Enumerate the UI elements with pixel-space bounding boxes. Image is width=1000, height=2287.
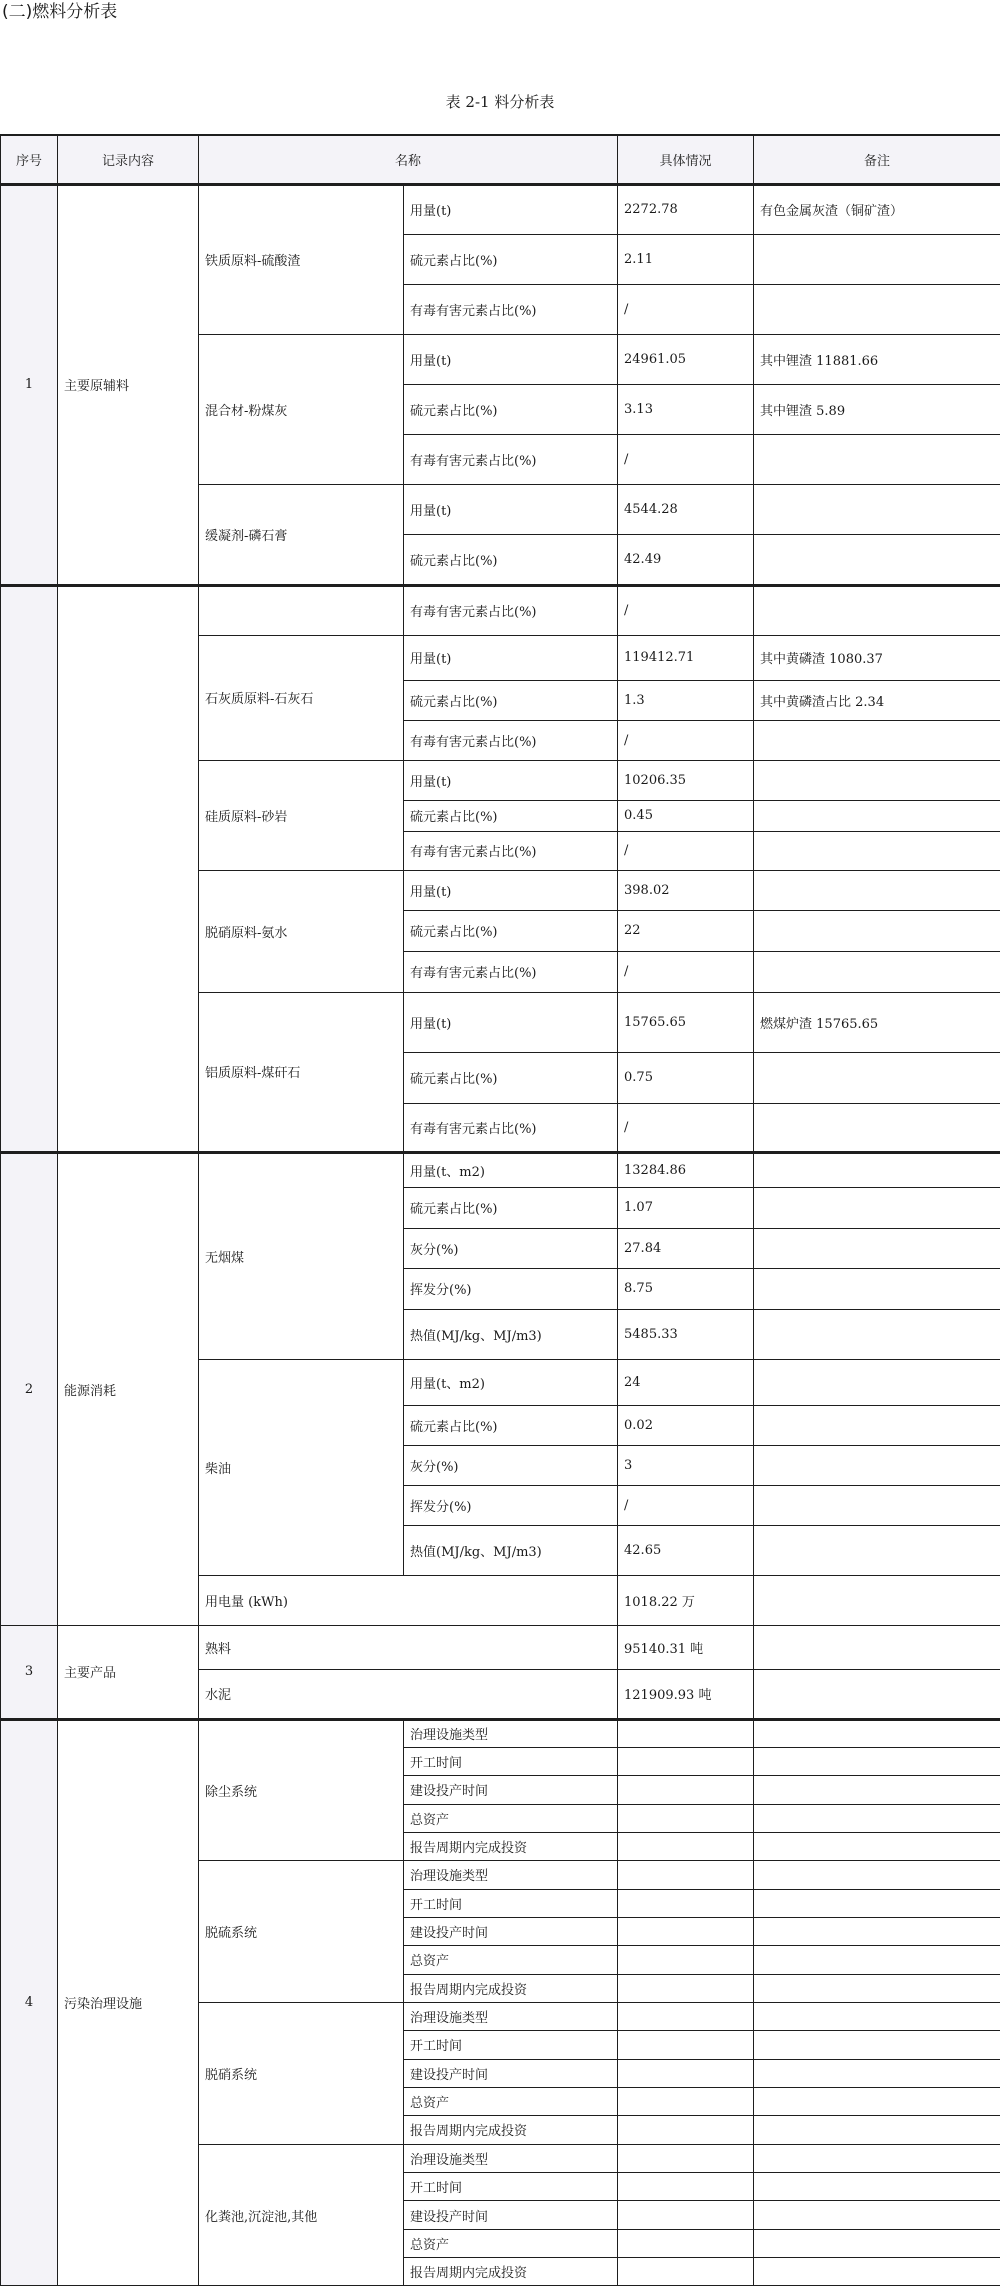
note-cell xyxy=(754,1228,1000,1268)
item-cell: 有毒有害元素占比(%) xyxy=(404,720,618,760)
item-cell: 报告周期内完成投资 xyxy=(404,2258,618,2286)
note-cell: 其中黄磷渣占比 2.34 xyxy=(754,680,1000,720)
note-cell xyxy=(754,1152,1000,1187)
item-cell: 建设投产时间 xyxy=(404,2201,618,2229)
group-name-cell: 脱硝系统 xyxy=(199,2002,404,2144)
item-cell: 挥发分(%) xyxy=(404,1485,618,1525)
header-row: 序号 记录内容 名称 具体情况 备注 xyxy=(1,135,1000,184)
item-cell: 有毒有害元素占比(%) xyxy=(404,1103,618,1152)
value-cell: 95140.31 吨 xyxy=(618,1625,754,1669)
value-cell: 13284.86 xyxy=(618,1152,754,1187)
item-cell: 开工时间 xyxy=(404,2031,618,2059)
note-cell xyxy=(754,831,1000,870)
item-cell: 灰分(%) xyxy=(404,1445,618,1485)
item-cell: 硫元素占比(%) xyxy=(404,384,618,434)
value-cell xyxy=(618,1747,754,1775)
group-name-cell: 缓凝剂-磷石膏 xyxy=(199,484,404,585)
value-cell xyxy=(618,1861,754,1889)
value-cell: 0.75 xyxy=(618,1052,754,1103)
group-name-cell: 铁质原料-硫酸渣 xyxy=(199,184,404,334)
value-cell xyxy=(618,2144,754,2172)
group-name-cell: 硅质原料-砂岩 xyxy=(199,760,404,870)
item-cell: 开工时间 xyxy=(404,2173,618,2201)
item-cell: 有毒有害元素占比(%) xyxy=(404,831,618,870)
item-cell: 硫元素占比(%) xyxy=(404,1187,618,1228)
seq-cell: 3 xyxy=(1,1625,58,1719)
value-cell: 1.3 xyxy=(618,680,754,720)
value-cell xyxy=(618,1719,754,1747)
item-cell: 用量(t) xyxy=(404,870,618,910)
note-cell xyxy=(754,1625,1000,1669)
note-cell xyxy=(754,2116,1000,2144)
note-cell xyxy=(754,1445,1000,1485)
header-note: 备注 xyxy=(754,135,1000,184)
group-name-cell: 石灰质原料-石灰石 xyxy=(199,635,404,760)
merged-name-cell: 熟料 xyxy=(199,1625,618,1669)
table-row: 3 主要产品 熟料 95140.31 吨 xyxy=(1,1625,1000,1669)
header-name: 名称 xyxy=(199,135,618,184)
item-cell: 硫元素占比(%) xyxy=(404,800,618,831)
value-cell: / xyxy=(618,434,754,484)
value-cell: 0.45 xyxy=(618,800,754,831)
item-cell: 用量(t) xyxy=(404,992,618,1052)
note-cell xyxy=(754,585,1000,635)
group-name-cell: 化粪池,沉淀池,其他 xyxy=(199,2144,404,2286)
value-cell: / xyxy=(618,951,754,992)
note-cell xyxy=(754,234,1000,284)
value-cell xyxy=(618,1889,754,1917)
note-cell xyxy=(754,1309,1000,1359)
item-cell: 灰分(%) xyxy=(404,1228,618,1268)
item-cell: 开工时间 xyxy=(404,1747,618,1775)
item-cell: 硫元素占比(%) xyxy=(404,1405,618,1445)
note-cell xyxy=(754,1187,1000,1228)
seq-cell: 1 xyxy=(1,184,58,585)
seq-cell: 4 xyxy=(1,1719,58,2286)
seq-cell xyxy=(1,585,58,1152)
group-name-cell: 混合材-粉煤灰 xyxy=(199,334,404,484)
note-cell xyxy=(754,1669,1000,1719)
table-row: 4污染治理设施除尘系统治理设施类型 xyxy=(1,1719,1000,1747)
value-cell: 42.65 xyxy=(618,1525,754,1575)
note-cell xyxy=(754,484,1000,534)
value-cell xyxy=(618,1974,754,2002)
value-cell: 3 xyxy=(618,1445,754,1485)
value-cell xyxy=(618,2087,754,2115)
item-cell: 建设投产时间 xyxy=(404,2059,618,2087)
item-cell: 用量(t、m2) xyxy=(404,1152,618,1187)
category-cell: 主要原辅料 xyxy=(58,184,199,585)
note-cell xyxy=(754,2201,1000,2229)
table-row: 有毒有害元素占比(%) / xyxy=(1,585,1000,635)
group-name-cell xyxy=(199,585,404,635)
value-cell xyxy=(618,2116,754,2144)
item-cell: 硫元素占比(%) xyxy=(404,680,618,720)
item-cell: 有毒有害元素占比(%) xyxy=(404,951,618,992)
header-record: 记录内容 xyxy=(58,135,199,184)
value-cell: 4544.28 xyxy=(618,484,754,534)
item-cell: 总资产 xyxy=(404,1804,618,1832)
value-cell: 10206.35 xyxy=(618,760,754,800)
item-cell: 报告周期内完成投资 xyxy=(404,2116,618,2144)
value-cell: 119412.71 xyxy=(618,635,754,680)
item-cell: 总资产 xyxy=(404,1946,618,1974)
item-cell: 用量(t) xyxy=(404,635,618,680)
value-cell: / xyxy=(618,585,754,635)
note-cell xyxy=(754,910,1000,951)
table-row: 1 主要原辅料 铁质原料-硫酸渣 用量(t) 2272.78 有色金属灰渣（铜矿… xyxy=(1,184,1000,234)
item-cell: 报告周期内完成投资 xyxy=(404,1974,618,2002)
value-cell: 24961.05 xyxy=(618,334,754,384)
note-cell: 有色金属灰渣（铜矿渣） xyxy=(754,184,1000,234)
value-cell: 5485.33 xyxy=(618,1309,754,1359)
item-cell: 热值(MJ/kg、MJ/m3) xyxy=(404,1309,618,1359)
group-name-cell: 柴油 xyxy=(199,1359,404,1575)
item-cell: 硫元素占比(%) xyxy=(404,234,618,284)
value-cell: 3.13 xyxy=(618,384,754,434)
value-cell: 27.84 xyxy=(618,1228,754,1268)
value-cell: / xyxy=(618,831,754,870)
group-name-cell: 无烟煤 xyxy=(199,1152,404,1359)
category-cell: 能源消耗 xyxy=(58,1152,199,1625)
note-cell xyxy=(754,1575,1000,1625)
value-cell: 2272.78 xyxy=(618,184,754,234)
item-cell: 用量(t) xyxy=(404,760,618,800)
item-cell: 硫元素占比(%) xyxy=(404,1052,618,1103)
note-cell xyxy=(754,800,1000,831)
item-cell: 报告周期内完成投资 xyxy=(404,1832,618,1860)
value-cell: 2.11 xyxy=(618,234,754,284)
note-cell xyxy=(754,1052,1000,1103)
note-cell xyxy=(754,1485,1000,1525)
note-cell xyxy=(754,2059,1000,2087)
note-cell xyxy=(754,951,1000,992)
value-cell: / xyxy=(618,1485,754,1525)
group-name-cell: 脱硝原料-氨水 xyxy=(199,870,404,992)
value-cell: 121909.93 吨 xyxy=(618,1669,754,1719)
item-cell: 治理设施类型 xyxy=(404,2002,618,2030)
note-cell xyxy=(754,1832,1000,1860)
value-cell xyxy=(618,1917,754,1945)
item-cell: 开工时间 xyxy=(404,1889,618,1917)
item-cell: 治理设施类型 xyxy=(404,2144,618,2172)
merged-name-cell: 水泥 xyxy=(199,1669,618,1719)
item-cell: 用量(t) xyxy=(404,184,618,234)
value-cell xyxy=(618,2258,754,2286)
item-cell: 硫元素占比(%) xyxy=(404,534,618,585)
note-cell xyxy=(754,1359,1000,1405)
item-cell: 建设投产时间 xyxy=(404,1917,618,1945)
value-cell xyxy=(618,2173,754,2201)
item-cell: 有毒有害元素占比(%) xyxy=(404,585,618,635)
value-cell: / xyxy=(618,1103,754,1152)
value-cell xyxy=(618,1946,754,1974)
value-cell xyxy=(618,1776,754,1804)
note-cell xyxy=(754,434,1000,484)
note-cell xyxy=(754,2173,1000,2201)
note-cell xyxy=(754,1917,1000,1945)
header-detail: 具体情况 xyxy=(618,135,754,184)
value-cell: 1.07 xyxy=(618,1187,754,1228)
fuel-analysis-table: 序号 记录内容 名称 具体情况 备注 1 主要原辅料 铁质原料-硫酸渣 用量(t… xyxy=(0,134,1000,2286)
group-name-cell: 脱硫系统 xyxy=(199,1861,404,2003)
note-cell xyxy=(754,1719,1000,1747)
note-cell xyxy=(754,1103,1000,1152)
note-cell: 其中锂渣 11881.66 xyxy=(754,334,1000,384)
note-cell xyxy=(754,1974,1000,2002)
item-cell: 治理设施类型 xyxy=(404,1719,618,1747)
note-cell xyxy=(754,1861,1000,1889)
item-cell: 有毒有害元素占比(%) xyxy=(404,284,618,334)
note-cell xyxy=(754,534,1000,585)
value-cell: 8.75 xyxy=(618,1268,754,1309)
note-cell xyxy=(754,720,1000,760)
section-heading: (二)燃料分析表 xyxy=(2,1,117,23)
value-cell: 24 xyxy=(618,1359,754,1405)
value-cell: 42.49 xyxy=(618,534,754,585)
note-cell xyxy=(754,1804,1000,1832)
note-cell xyxy=(754,2002,1000,2030)
merged-name-cell: 用电量 (kWh) xyxy=(199,1575,618,1625)
category-cell: 主要产品 xyxy=(58,1625,199,1719)
value-cell: 398.02 xyxy=(618,870,754,910)
item-cell: 总资产 xyxy=(404,2087,618,2115)
note-cell xyxy=(754,870,1000,910)
value-cell xyxy=(618,2002,754,2030)
note-cell: 其中黄磷渣 1080.37 xyxy=(754,635,1000,680)
value-cell xyxy=(618,2229,754,2257)
note-cell xyxy=(754,2229,1000,2257)
note-cell xyxy=(754,2144,1000,2172)
item-cell: 用量(t、m2) xyxy=(404,1359,618,1405)
item-cell: 用量(t) xyxy=(404,334,618,384)
note-cell xyxy=(754,2087,1000,2115)
pollution-control-section: 4污染治理设施除尘系统治理设施类型开工时间建设投产时间总资产报告周期内完成投资脱… xyxy=(1,1719,1000,2286)
category-cell xyxy=(58,585,199,1152)
value-cell xyxy=(618,1832,754,1860)
note-cell xyxy=(754,760,1000,800)
value-cell xyxy=(618,2059,754,2087)
note-cell xyxy=(754,284,1000,334)
seq-cell: 2 xyxy=(1,1152,58,1625)
item-cell: 治理设施类型 xyxy=(404,1861,618,1889)
note-cell xyxy=(754,2258,1000,2286)
value-cell: / xyxy=(618,720,754,760)
value-cell xyxy=(618,1804,754,1832)
note-cell: 燃煤炉渣 15765.65 xyxy=(754,992,1000,1052)
value-cell xyxy=(618,2031,754,2059)
header-seq: 序号 xyxy=(1,135,58,184)
item-cell: 挥发分(%) xyxy=(404,1268,618,1309)
item-cell: 建设投产时间 xyxy=(404,1776,618,1804)
note-cell xyxy=(754,1776,1000,1804)
item-cell: 总资产 xyxy=(404,2229,618,2257)
note-cell: 其中锂渣 5.89 xyxy=(754,384,1000,434)
value-cell: 1018.22 万 xyxy=(618,1575,754,1625)
value-cell xyxy=(618,2201,754,2229)
note-cell xyxy=(754,1268,1000,1309)
note-cell xyxy=(754,1747,1000,1775)
group-name-cell: 铝质原料-煤矸石 xyxy=(199,992,404,1152)
note-cell xyxy=(754,1946,1000,1974)
note-cell xyxy=(754,1525,1000,1575)
item-cell: 用量(t) xyxy=(404,484,618,534)
table-caption: 表 2-1 料分析表 xyxy=(0,92,1000,112)
value-cell: 22 xyxy=(618,910,754,951)
item-cell: 有毒有害元素占比(%) xyxy=(404,434,618,484)
note-cell xyxy=(754,1889,1000,1917)
item-cell: 硫元素占比(%) xyxy=(404,910,618,951)
item-cell: 热值(MJ/kg、MJ/m3) xyxy=(404,1525,618,1575)
table-row: 2 能源消耗 无烟煤 用量(t、m2) 13284.86 xyxy=(1,1152,1000,1187)
group-name-cell: 除尘系统 xyxy=(199,1719,404,1861)
note-cell xyxy=(754,2031,1000,2059)
value-cell: / xyxy=(618,284,754,334)
category-cell: 污染治理设施 xyxy=(58,1719,199,2286)
value-cell: 0.02 xyxy=(618,1405,754,1445)
value-cell: 15765.65 xyxy=(618,992,754,1052)
note-cell xyxy=(754,1405,1000,1445)
